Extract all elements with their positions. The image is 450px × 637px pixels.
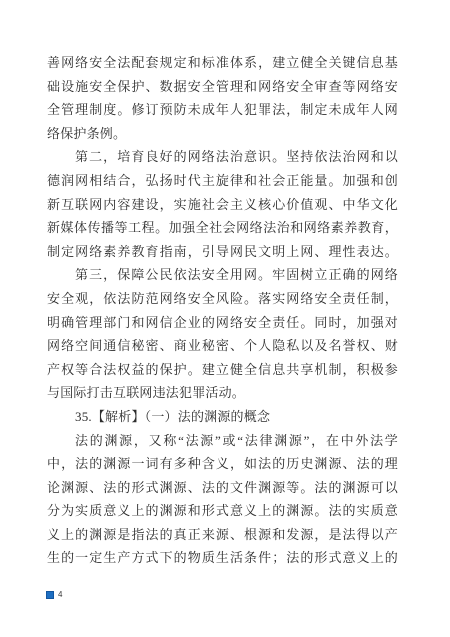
text-line: 与国际打击互联网违法犯罪活动。 <box>47 381 398 405</box>
text-line: 德润网相结合，弘扬时代主旋律和社会正能量。加强和创 <box>47 169 398 193</box>
text-line: 生的一定生产方式下的物质生活条件；法的形式意义上的 <box>47 546 398 570</box>
text-line paragraph-start: 第三，保障公民依法安全用网。牢固树立正确的网络 <box>47 263 398 287</box>
document-body: 善网络安全法配套规定和标准体系，建立健全关键信息基 础设施安全保护、数据安全管理… <box>47 51 398 570</box>
text-line: 中，法的渊源一词有多种含义，如法的历史渊源、法的理 <box>47 452 398 476</box>
page-footer: 4 <box>46 590 62 600</box>
text-line: 制定网络素养教育指南，引导网民文明上网、理性表达。 <box>47 240 398 264</box>
text-line: 产权等合法权益的保护。建立健全信息共享机制，积极参 <box>47 358 398 382</box>
text-line: 络保护条例。 <box>47 122 398 146</box>
text-line answer-heading: 35.【解析】（一）法的渊源的概念 <box>47 405 398 429</box>
text-line: 明确管理部门和网信企业的网络安全责任。同时，加强对 <box>47 311 398 335</box>
page-number-bullet-icon <box>46 591 54 599</box>
text-line: 善网络安全法配套规定和标准体系，建立健全关键信息基 <box>47 51 398 75</box>
text-line: 础设施安全保护、数据安全管理和网络安全审查等网络安 <box>47 75 398 99</box>
text-line: 新互联网内容建设，实施社会主义核心价值观、中华文化 <box>47 193 398 217</box>
document-page: 善网络安全法配套规定和标准体系，建立健全关键信息基 础设施安全保护、数据安全管理… <box>0 0 450 637</box>
text-line paragraph-start: 法的渊源，又称“法源”或“法律渊源”，在中外法学 <box>47 429 398 453</box>
text-line: 网络空间通信秘密、商业秘密、个人隐私以及名誉权、财 <box>47 334 398 358</box>
text-line: 论渊源、法的形式渊源、法的文件渊源等。法的渊源可以 <box>47 476 398 500</box>
text-line: 新媒体传播等工程。加强全社会网络法治和网络素养教育， <box>47 216 398 240</box>
page-number: 4 <box>58 590 62 600</box>
text-line: 全管理制度。修订预防未成年人犯罪法，制定未成年人网 <box>47 98 398 122</box>
text-line: 义上的渊源是指法的真正来源、根源和发源，是法得以产 <box>47 523 398 547</box>
text-line: 分为实质意义上的渊源和形式意义上的渊源。法的实质意 <box>47 499 398 523</box>
text-line paragraph-start: 第二，培育良好的网络法治意识。坚持依法治网和以 <box>47 145 398 169</box>
text-line: 安全观，依法防范网络安全风险。落实网络安全责任制， <box>47 287 398 311</box>
